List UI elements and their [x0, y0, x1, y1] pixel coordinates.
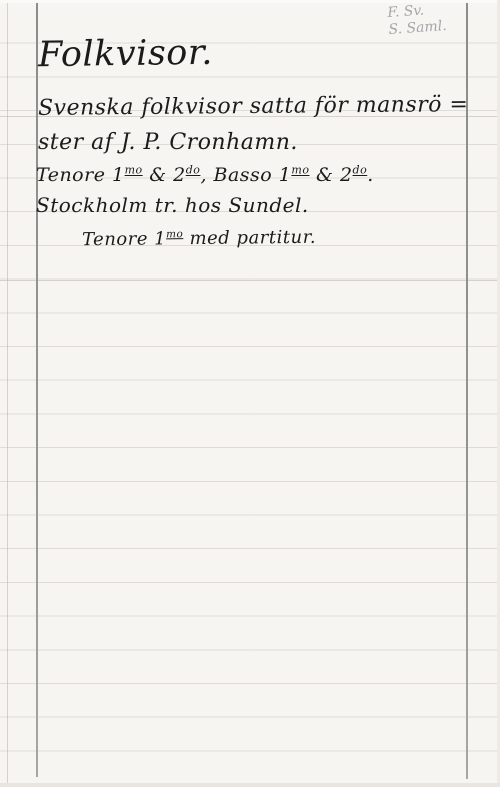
- pencil-shelfmark-note: F. Sv. S. Saml.: [387, 1, 447, 39]
- entry-title: Folkvisor.: [38, 33, 213, 75]
- superscript-do: do: [353, 164, 368, 177]
- entry-description-line-1: Svenska folkvisor satta för mansrö =: [38, 92, 469, 121]
- superscript-mo: mo: [125, 164, 143, 177]
- holdings-text: Tenore 1: [82, 228, 166, 250]
- voices-text: .: [367, 164, 374, 186]
- entry-description-line-2: ster af J. P. Cronhamn.: [38, 130, 298, 155]
- entry-voices-line: Tenore 1mo & 2do, Basso 1mo & 2do.: [36, 164, 374, 186]
- superscript-mo: mo: [166, 228, 183, 240]
- entry-imprint-line: Stockholm tr. hos Sundel.: [36, 193, 309, 217]
- voices-text: & 2: [143, 164, 186, 186]
- entry-holdings-line: Tenore 1mo med partitur.: [82, 227, 316, 250]
- left-margin-faint-line: [7, 0, 8, 787]
- ruled-line-strong: [0, 280, 500, 281]
- voices-text: , Basso 1: [200, 164, 291, 186]
- voices-text: & 2: [309, 164, 352, 186]
- holdings-text: med partitur.: [183, 227, 316, 249]
- catalog-card-page: F. Sv. S. Saml. Folkvisor. Svenska folkv…: [0, 0, 500, 787]
- page-bottom-edge: [0, 783, 500, 787]
- superscript-do: do: [186, 164, 201, 177]
- superscript-mo: mo: [291, 164, 309, 177]
- ruled-lines: [0, 10, 500, 787]
- voices-text: Tenore 1: [36, 164, 125, 186]
